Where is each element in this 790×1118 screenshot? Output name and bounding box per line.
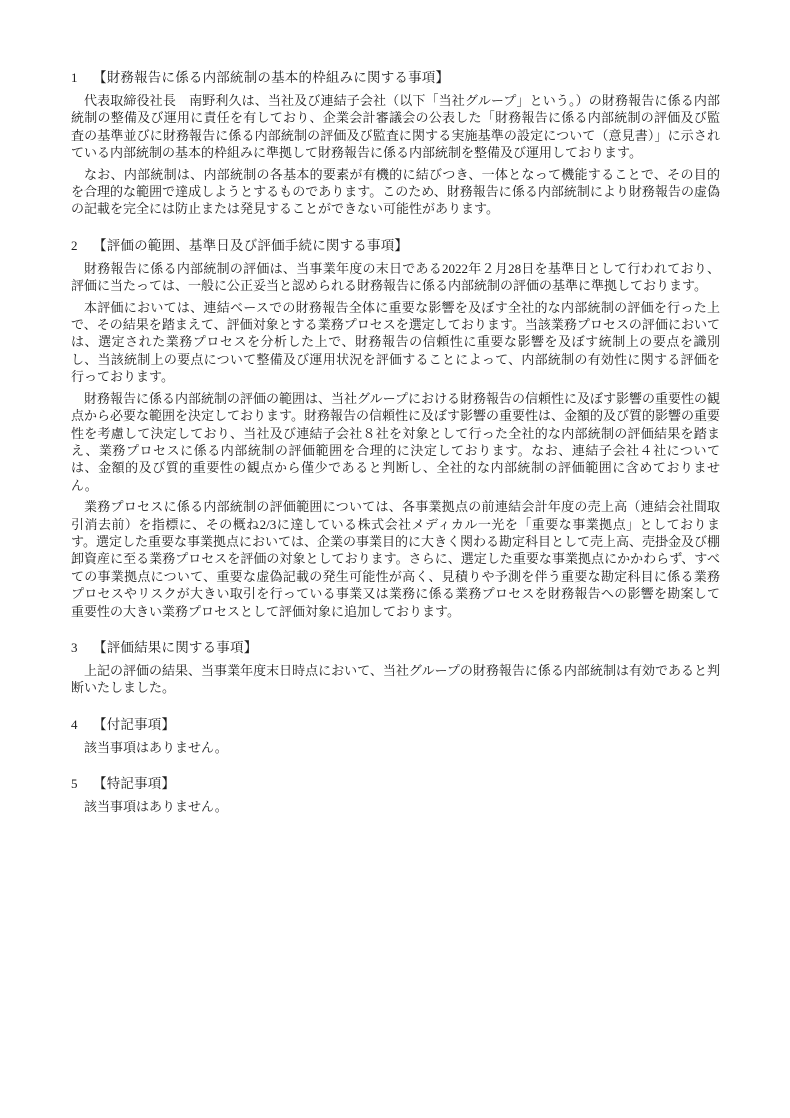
section-evaluation-scope: 2【評価の範囲、基準日及び評価手続に関する事項】 財務報告に係る内部統制の評価は… (71, 237, 720, 620)
document-page: 1【財務報告に係る内部統制の基本的枠組みに関する事項】 代表取締役社長 南野利久… (0, 0, 790, 1118)
section-special-notes: 5【特記事項】 該当事項はありません。 (71, 775, 720, 815)
section-heading-row: 5【特記事項】 (71, 775, 720, 793)
section-number: 3 (71, 639, 93, 657)
section-number: 1 (71, 69, 93, 87)
document-content: 1【財務報告に係る内部統制の基本的枠組みに関する事項】 代表取締役社長 南野利久… (71, 69, 720, 835)
section-heading-row: 2【評価の範囲、基準日及び評価手続に関する事項】 (71, 237, 720, 255)
paragraph: なお、内部統制は、内部統制の各基本的要素が有機的に結びつき、一体となって機能する… (71, 166, 720, 218)
paragraph: 該当事項はありません。 (71, 798, 720, 815)
section-heading-row: 1【財務報告に係る内部統制の基本的枠組みに関する事項】 (71, 69, 720, 87)
paragraph: 業務プロセスに係る内部統制の評価範囲については、各事業拠点の前連結会計年度の売上… (71, 498, 720, 620)
section-title: 【特記事項】 (93, 776, 175, 791)
paragraph: 本評価においては、連結ベースでの財務報告全体に重要な影響を及ぼす全社的な内部統制… (71, 299, 720, 386)
section-heading-row: 3【評価結果に関する事項】 (71, 639, 720, 657)
section-evaluation-result: 3【評価結果に関する事項】 上記の評価の結果、当事業年度末日時点において、当社グ… (71, 639, 720, 697)
paragraph: 上記の評価の結果、当事業年度末日時点において、当社グループの財務報告に係る内部統… (71, 662, 720, 697)
section-title: 【財務報告に係る内部統制の基本的枠組みに関する事項】 (93, 70, 449, 85)
section-number: 5 (71, 775, 93, 793)
section-number: 2 (71, 237, 93, 255)
paragraph: 財務報告に係る内部統制の評価は、当事業年度の末日である2022年２月28日を基準… (71, 260, 720, 295)
section-number: 4 (71, 716, 93, 734)
paragraph: 財務報告に係る内部統制の評価の範囲は、当社グループにおける財務報告の信頼性に及ぼ… (71, 390, 720, 494)
section-title: 【評価結果に関する事項】 (93, 640, 257, 655)
paragraph: 代表取締役社長 南野利久は、当社及び連結子会社（以下「当社グループ」という。）の… (71, 92, 720, 162)
paragraph: 該当事項はありません。 (71, 739, 720, 756)
section-title: 【評価の範囲、基準日及び評価手続に関する事項】 (93, 238, 408, 253)
section-title: 【付記事項】 (93, 717, 175, 732)
section-heading-row: 4【付記事項】 (71, 716, 720, 734)
section-supplementary-notes: 4【付記事項】 該当事項はありません。 (71, 716, 720, 756)
section-basic-framework: 1【財務報告に係る内部統制の基本的枠組みに関する事項】 代表取締役社長 南野利久… (71, 69, 720, 218)
